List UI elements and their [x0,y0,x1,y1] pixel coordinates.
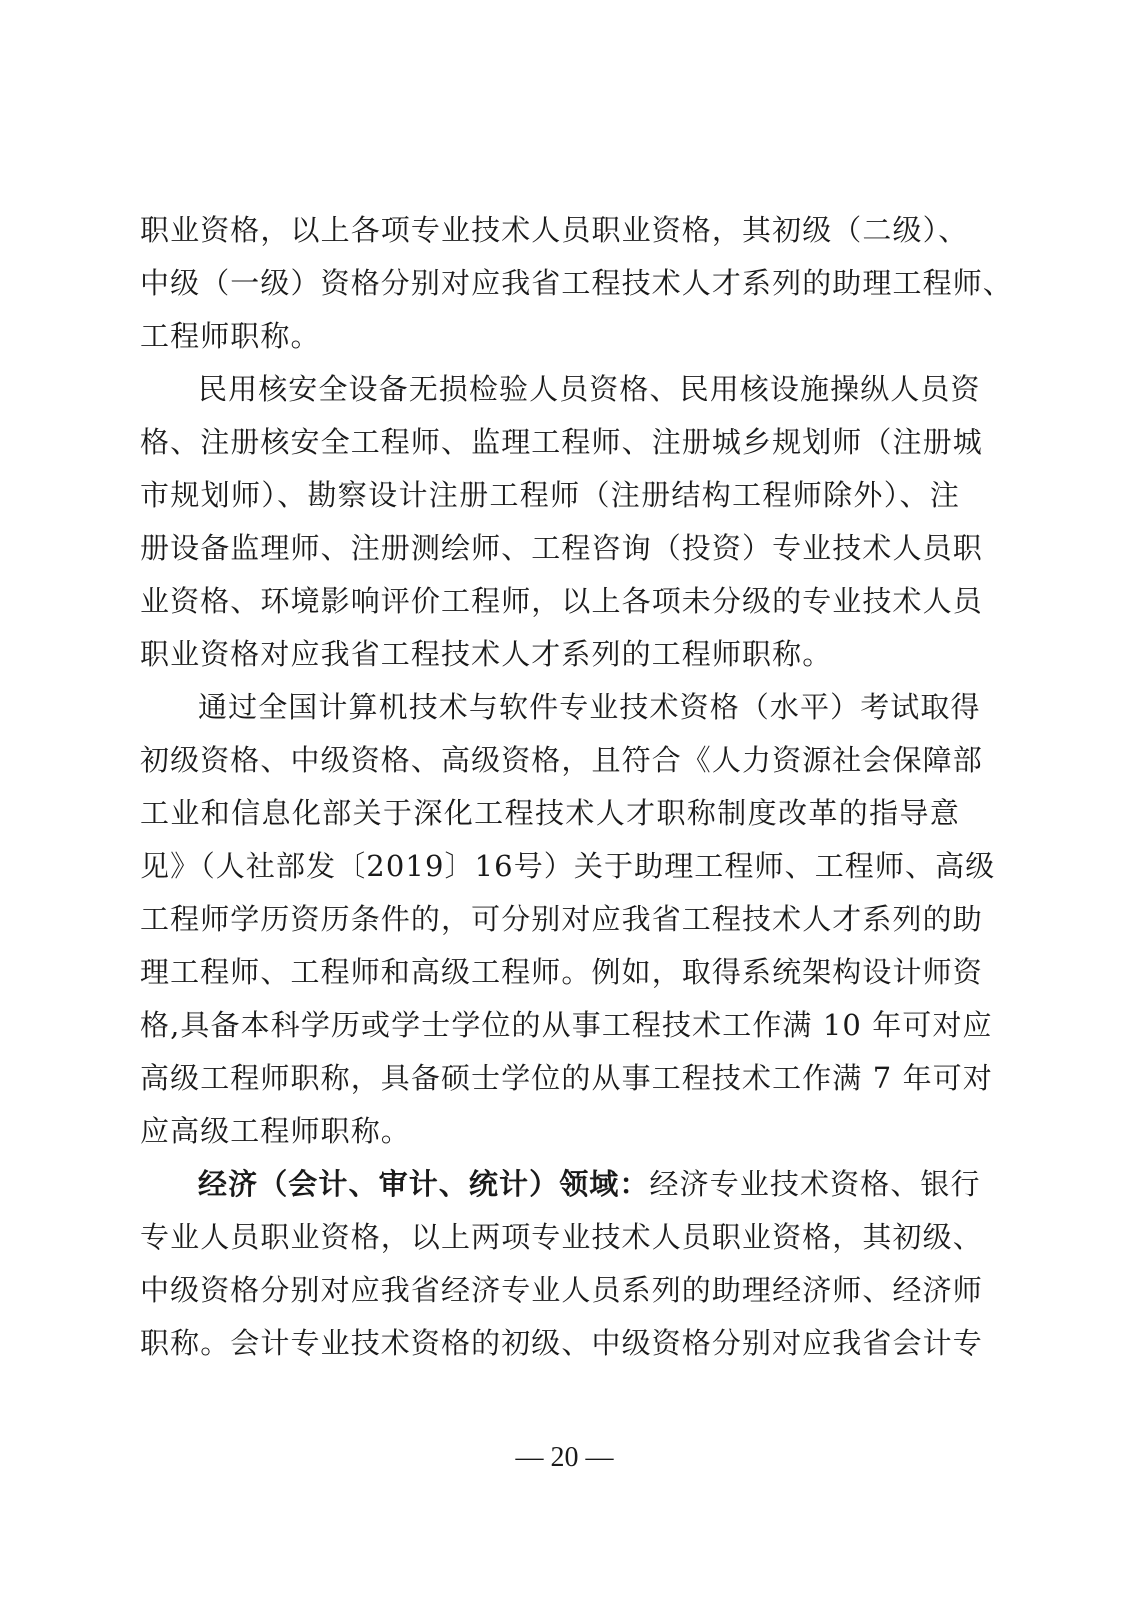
text-line: 工程师职称。 [140,310,960,363]
page-number: — 20 — [0,1442,1129,1474]
text-line: 高级工程师职称，具备硕士学位的从事工程技术工作满 7 年可对 [140,1052,960,1105]
text-line: 理工程师、工程师和高级工程师。例如，取得系统架构设计师资 [140,946,960,999]
document-page: 职业资格，以上各项专业技术人员职业资格，其初级（二级）、 中级（一级）资格分别对… [140,204,960,1370]
text-line: 工业和信息化部关于深化工程技术人才职称制度改革的指导意 [140,787,960,840]
text-line: 职业资格，以上各项专业技术人员职业资格，其初级（二级）、 [140,204,960,257]
text-line: 专业人员职业资格，以上两项专业技术人员职业资格，其初级、 [140,1211,960,1264]
paragraph-computer-software-exam: 通过全国计算机技术与软件专业技术资格（水平）考试取得 初级资格、中级资格、高级资… [140,681,960,1158]
text-line: 工程师学历资历条件的，可分别对应我省工程技术人才系列的助 [140,893,960,946]
text-line: 中级（一级）资格分别对应我省工程技术人才系列的助理工程师、 [140,257,960,310]
text-line: 应高级工程师职称。 [140,1105,960,1158]
text-line: 职称。会计专业技术资格的初级、中级资格分别对应我省会计专 [140,1317,960,1370]
text-line: 格,具备本科学历或学士学位的从事工程技术工作满 10 年可对应 [140,999,960,1052]
text-line: 通过全国计算机技术与软件专业技术资格（水平）考试取得 [140,681,960,734]
text-line: 经济（会计、审计、统计）领域：经济专业技术资格、银行 [140,1158,960,1211]
text-line: 中级资格分别对应我省经济专业人员系列的助理经济师、经济师 [140,1264,960,1317]
text-line: 初级资格、中级资格、高级资格，且符合《人力资源社会保障部 [140,734,960,787]
text-line: 业资格、环境影响评价工程师，以上各项未分级的专业技术人员 [140,575,960,628]
paragraph-economics-domain: 经济（会计、审计、统计）领域：经济专业技术资格、银行 专业人员职业资格，以上两项… [140,1158,960,1370]
section-heading: 经济（会计、审计、统计）领域： [198,1167,650,1201]
paragraph-unleveled-qualifications: 民用核安全设备无损检验人员资格、民用核设施操纵人员资 格、注册核安全工程师、监理… [140,363,960,681]
text-line: 民用核安全设备无损检验人员资格、民用核设施操纵人员资 [140,363,960,416]
text-line: 格、注册核安全工程师、监理工程师、注册城乡规划师（注册城 [140,416,960,469]
text-line: 市规划师）、勘察设计注册工程师（注册结构工程师除外）、注 [140,469,960,522]
text-line: 册设备监理师、注册测绘师、工程咨询（投资）专业技术人员职 [140,522,960,575]
text-line: 见》（人社部发〔2019〕16号）关于助理工程师、工程师、高级 [140,840,960,893]
text-span: 经济专业技术资格、银行 [650,1167,981,1201]
text-line: 职业资格对应我省工程技术人才系列的工程师职称。 [140,628,960,681]
paragraph-continuation: 职业资格，以上各项专业技术人员职业资格，其初级（二级）、 中级（一级）资格分别对… [140,204,960,363]
